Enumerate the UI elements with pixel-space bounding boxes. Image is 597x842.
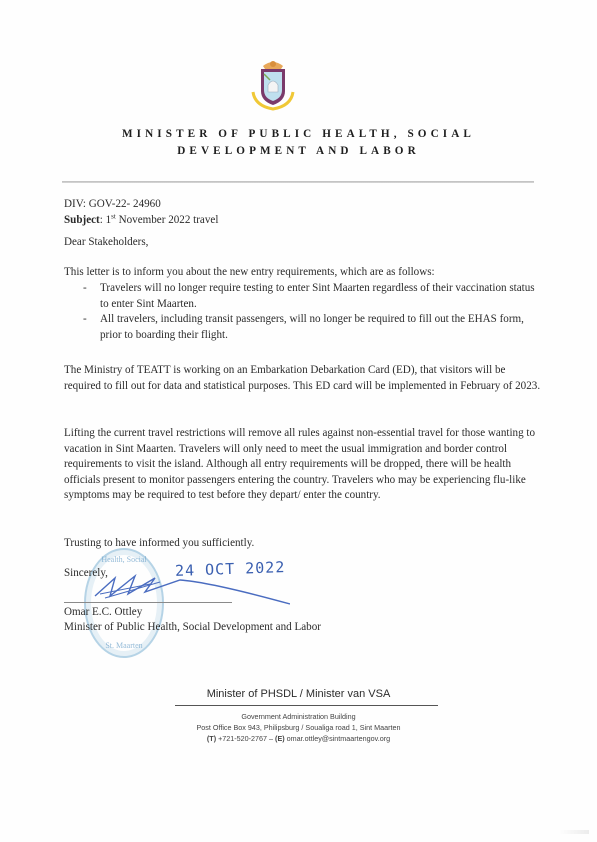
email-label: (E): [275, 734, 285, 743]
header-divider: [62, 181, 534, 183]
signer-title: Minister of Public Health, Social Develo…: [64, 620, 544, 636]
restrictions-paragraph: Lifting the current travel restrictions …: [64, 426, 544, 504]
ministry-title-line2: DEVELOPMENT AND LABOR: [60, 143, 537, 160]
phone-number: +721-520-2767: [216, 734, 269, 743]
footer-contact: (T) +721-520-2767 – (E) omar.ottley@sint…: [60, 733, 537, 744]
teatt-paragraph: The Ministry of TEATT is working on an E…: [64, 363, 544, 394]
div-number: DIV: GOV-22- 24960: [64, 197, 544, 213]
email-address[interactable]: omar.ottley@sintmaartengov.org: [285, 734, 390, 743]
footer-title: Minister of PHSDL / Minister van VSA: [60, 688, 537, 700]
reference-block: DIV: GOV-22- 24960 Subject: 1st November…: [64, 197, 544, 228]
seal-bottom-text: St. Maarten: [86, 641, 162, 650]
phone-label: (T): [207, 734, 216, 743]
signature-line: [64, 602, 232, 603]
page-edge-shadow: [559, 830, 589, 834]
seal-top-text: Health, Social: [86, 555, 162, 564]
ministry-title-line1: MINISTER OF PUBLIC HEALTH, SOCIAL: [60, 126, 537, 143]
list-item-text: All travelers, including transit passeng…: [100, 313, 524, 341]
requirements-list: -Travelers will no longer require testin…: [64, 281, 544, 343]
list-item-text: Travelers will no longer require testing…: [100, 282, 535, 310]
subject-line: Subject: 1st November 2022 travel: [64, 213, 544, 229]
closing-line: Trusting to have informed you sufficient…: [64, 536, 544, 552]
letter-page: MINISTER OF PUBLIC HEALTH, SOCIAL DEVELO…: [0, 0, 597, 842]
bullet-dash: -: [83, 281, 87, 297]
signer-name: Omar E.C. Ottley: [64, 605, 544, 621]
intro-paragraph: This letter is to inform you about the n…: [64, 265, 544, 281]
list-item: -All travelers, including transit passen…: [64, 312, 544, 343]
signature-icon: [90, 566, 290, 606]
footer-address: Post Office Box 943, Philipsburg / Soual…: [60, 722, 537, 733]
ministry-title: MINISTER OF PUBLIC HEALTH, SOCIAL DEVELO…: [60, 126, 537, 160]
list-item: -Travelers will no longer require testin…: [64, 281, 544, 312]
footer-divider: [175, 705, 438, 706]
footer-building: Government Administration Building: [60, 711, 537, 722]
salutation: Dear Stakeholders,: [64, 235, 544, 251]
coat-of-arms-icon: [249, 58, 297, 112]
subject-text: November 2022 travel: [116, 214, 219, 226]
bullet-dash: -: [83, 312, 87, 328]
subject-label: Subject: [64, 214, 100, 226]
